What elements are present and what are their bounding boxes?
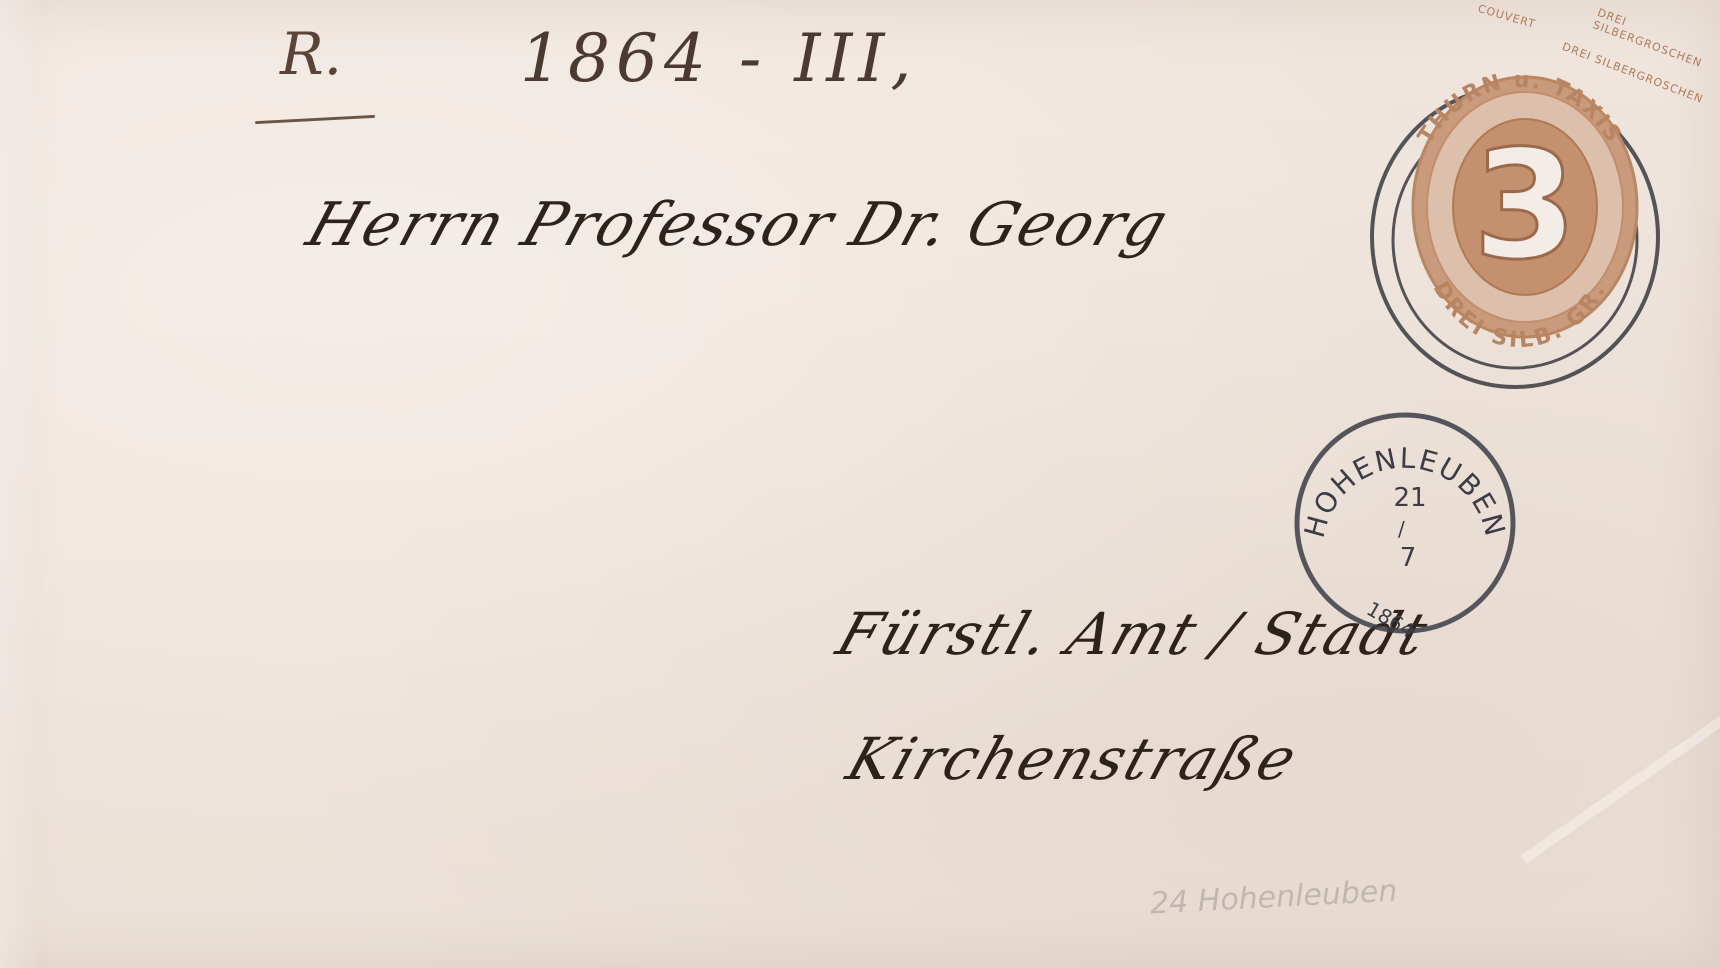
registered-mark: R. bbox=[280, 20, 342, 88]
paper-crease bbox=[1521, 706, 1720, 863]
paper-crease bbox=[0, 0, 40, 968]
svg-text:7: 7 bbox=[1400, 543, 1417, 573]
envelope: COUVERT DREI SILBERGROSCHEN DREI SILBERG… bbox=[0, 0, 1720, 968]
svg-text:21: 21 bbox=[1393, 483, 1426, 513]
printed-couvert-text: COUVERT bbox=[1476, 2, 1537, 31]
svg-text:3: 3 bbox=[1473, 119, 1577, 293]
address-line-1: Herrn Professor Dr. Georg bbox=[299, 190, 1178, 260]
postmark-hohenleuben: HOHENLEUBEN 21 / 7 1864 bbox=[1290, 408, 1520, 638]
docket-year: 1864 - III, bbox=[520, 20, 917, 97]
address-line-3: Kirchenstraße bbox=[839, 725, 1307, 793]
registered-underline bbox=[255, 115, 375, 124]
stamp-indicium: THURN u. TAXIS DREI SILB. GR. 3 bbox=[1365, 52, 1695, 392]
pencil-note: 24 Hohenleuben bbox=[1149, 874, 1398, 922]
svg-text:/: / bbox=[1398, 517, 1405, 541]
svg-text:1864: 1864 bbox=[1363, 597, 1419, 638]
